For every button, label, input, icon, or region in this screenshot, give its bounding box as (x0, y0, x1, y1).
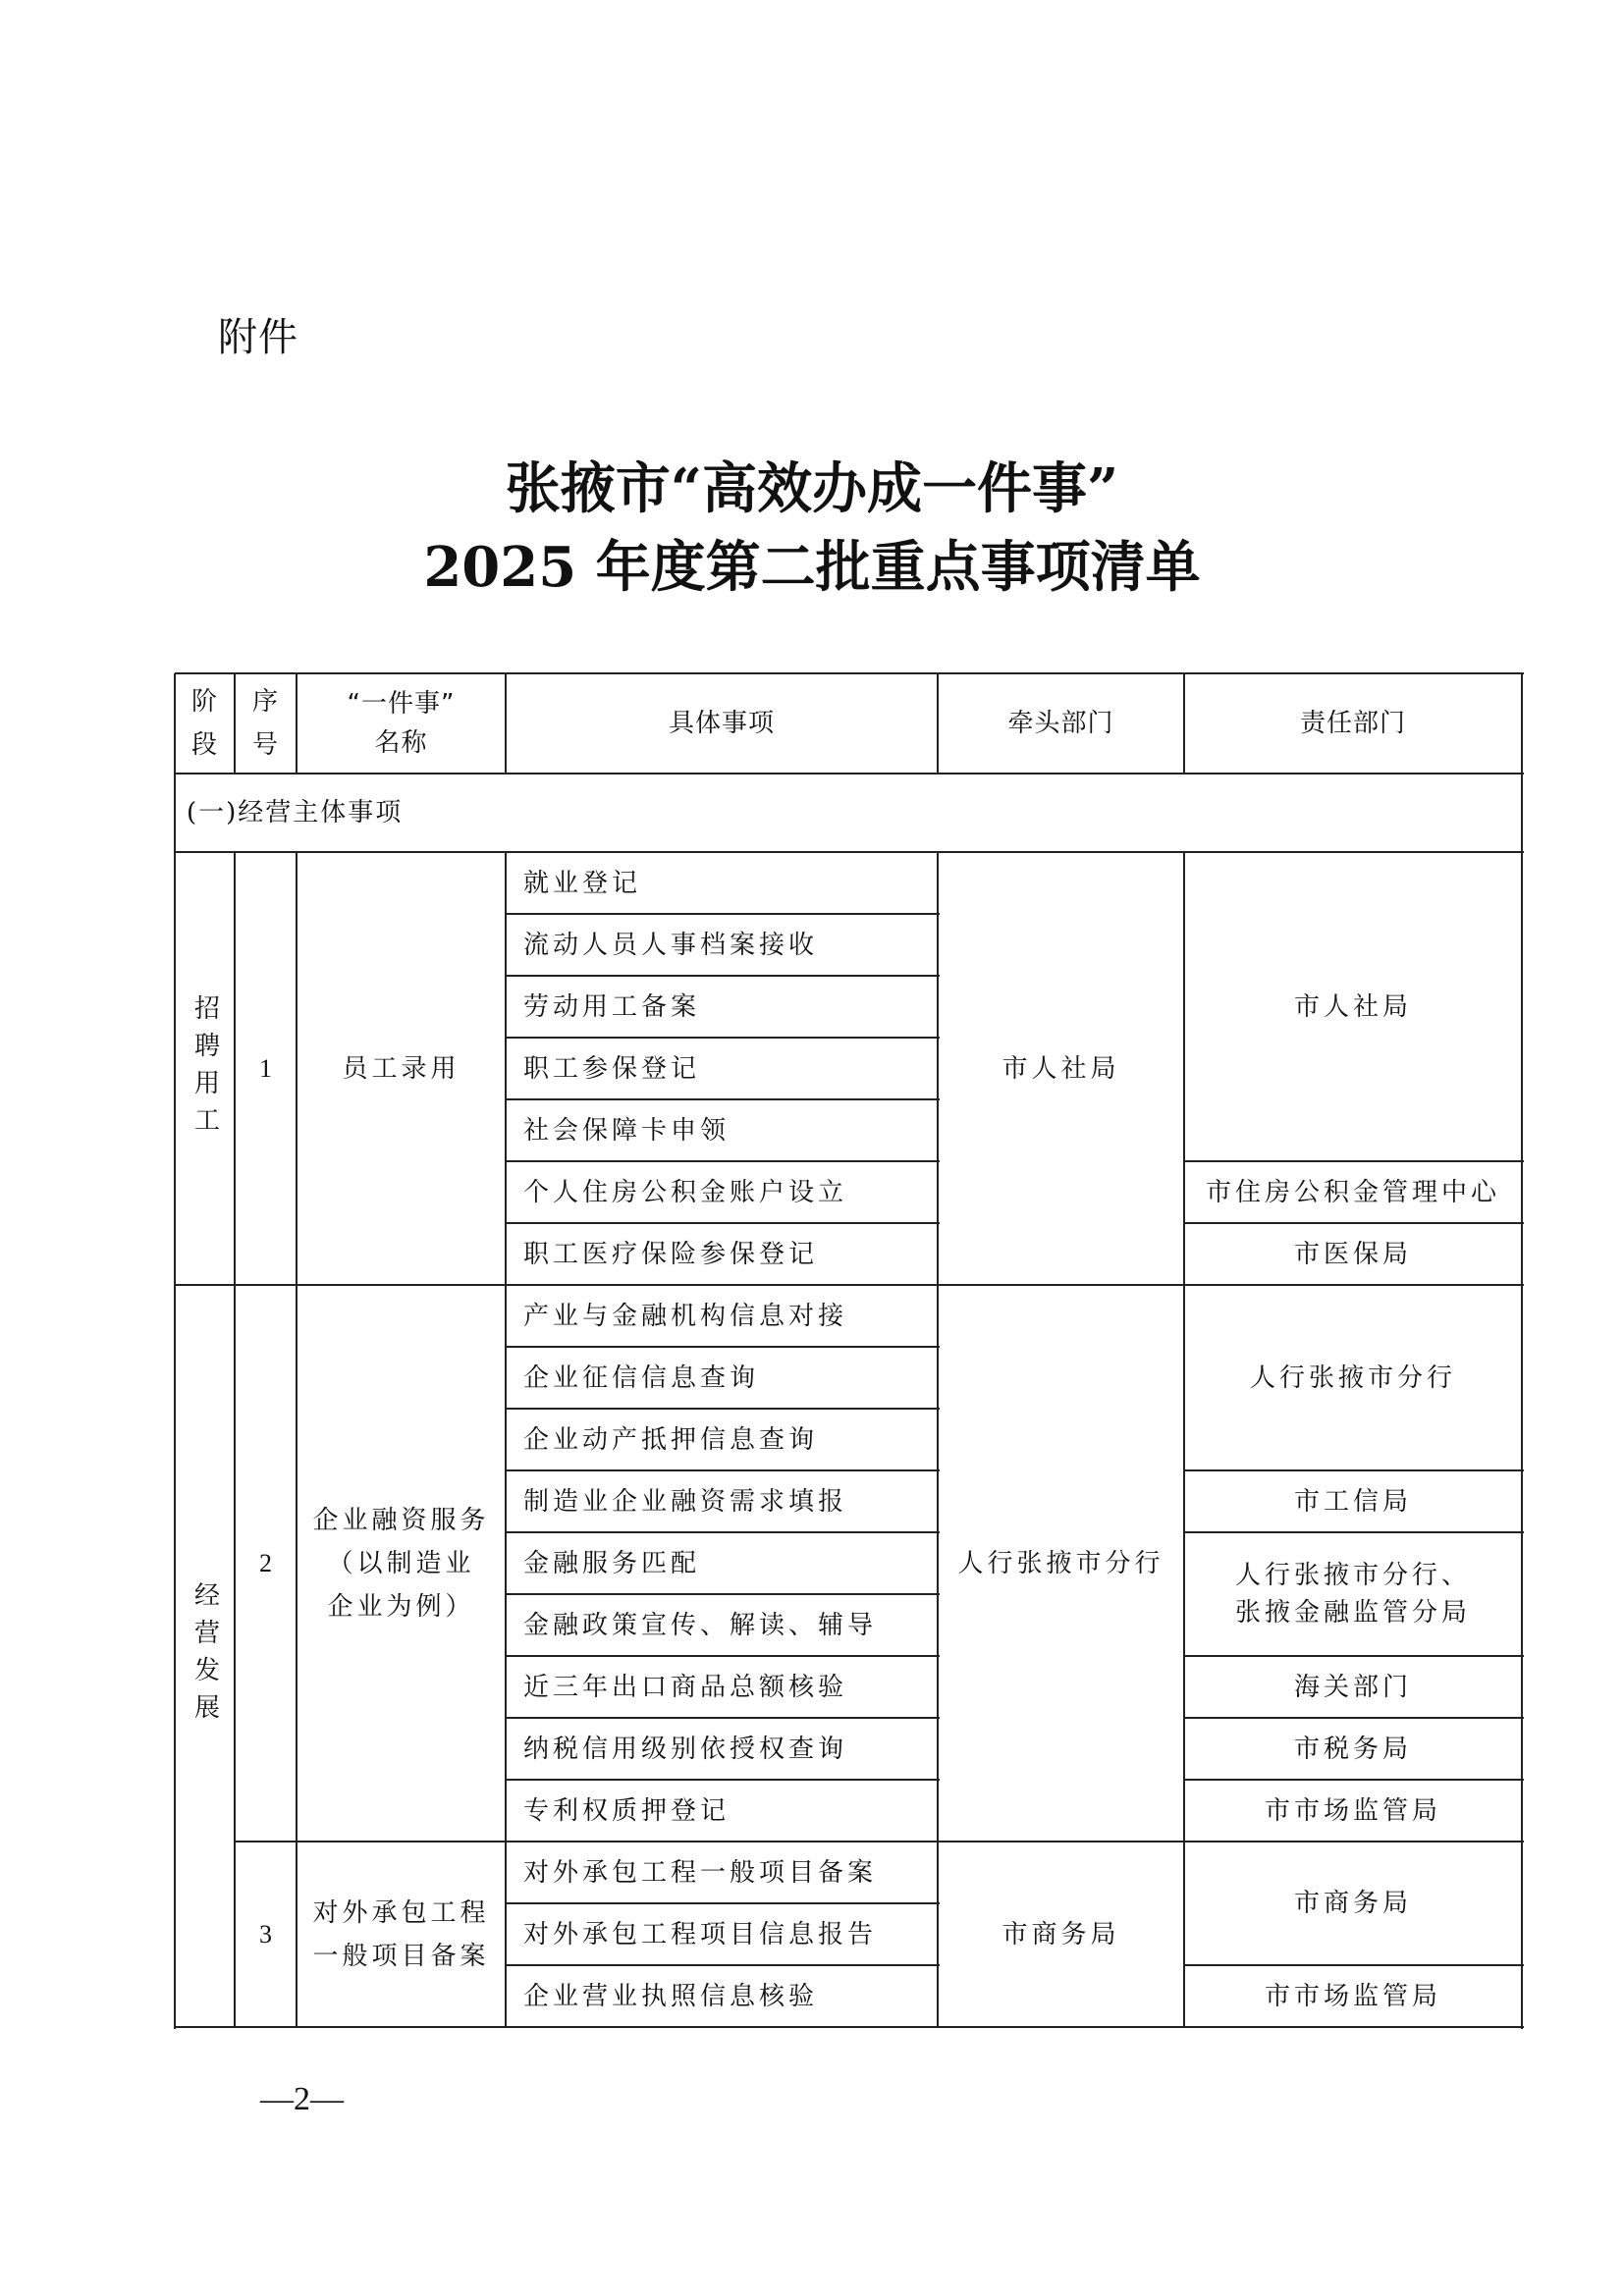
specific-item: 社会保障卡申领 (506, 1099, 938, 1161)
section-title: (一)经营主体事项 (175, 774, 1522, 852)
table-rule (175, 773, 1524, 774)
specific-item: 产业与金融机构信息对接 (506, 1285, 938, 1347)
table-rule (296, 1842, 298, 2028)
table-rule (506, 1222, 940, 1224)
table-rule (505, 1842, 507, 2028)
specific-item: 近三年出口商品总额核验 (506, 1656, 938, 1718)
resp-dept-line: 市医保局 (1294, 1236, 1412, 1273)
specific-item: 企业动产抵押信息查询 (506, 1409, 938, 1470)
table-rule (506, 913, 940, 915)
table-rule (234, 673, 236, 774)
attachment-label: 附件 (218, 306, 298, 362)
header-name-line2: 名称 (374, 723, 427, 763)
lead-dept-cell: 市人社局 (938, 852, 1184, 1285)
resp-dept-line: 市商务局 (1294, 1885, 1412, 1922)
table-rule (1183, 852, 1185, 1286)
header-seq: 序号 (235, 673, 297, 774)
table-rule (506, 1346, 940, 1348)
resp-dept-line: 张掖金融监管分局 (1235, 1594, 1471, 1631)
table-rule (506, 1098, 940, 1100)
resp-dept-line: 市市场监管局 (1265, 1792, 1441, 1830)
table-rule (1184, 1222, 1524, 1224)
table-rule (506, 1902, 940, 1904)
document-title-line1: 张掖市“高效办成一件事” (0, 450, 1624, 528)
specific-item: 职工参保登记 (506, 1038, 938, 1099)
resp-dept-cell: 市医保局 (1184, 1223, 1522, 1285)
header-items: 具体事项 (506, 673, 938, 774)
table-rule (1184, 1469, 1524, 1471)
table-rule (506, 975, 940, 977)
stage-label: 经营发展 (187, 1581, 224, 1731)
resp-dept-cell: 市市场监管局 (1184, 1965, 1522, 2027)
table-rule (506, 1408, 940, 1410)
table-rule (506, 1655, 940, 1657)
header-name: “一件事” 名称 (297, 673, 506, 774)
header-lead-dept: 牵头部门 (938, 673, 1184, 774)
table-rule (937, 852, 939, 1286)
item-name-line: 企业为例） (327, 1585, 474, 1629)
resp-dept-cell: 市住房公积金管理中心 (1184, 1161, 1522, 1223)
table-rule (506, 1037, 940, 1039)
specific-item: 劳动用工备案 (506, 976, 938, 1038)
header-name-line1: “一件事” (348, 684, 456, 723)
table-rule (937, 673, 939, 774)
seq-cell: 3 (235, 1842, 297, 2027)
table-rule (296, 1285, 298, 1842)
table-rule (175, 672, 1524, 674)
resp-dept-line: 人行张掖市分行 (1250, 1360, 1456, 1397)
resp-dept-line: 市税务局 (1294, 1731, 1412, 1768)
item-name-cell: 对外承包工程一般项目备案 (297, 1842, 506, 2027)
item-name-line: （以制造业 (327, 1542, 474, 1585)
resp-dept-line: 市住房公积金管理中心 (1206, 1174, 1500, 1211)
specific-item: 纳税信用级别依授权查询 (506, 1718, 938, 1780)
table-rule (1184, 1531, 1524, 1533)
table-rule (506, 1717, 940, 1719)
items-table: 阶段 序号 “一件事” 名称 具体事项 牵头部门 责任部门 (一)经营主体事项 … (175, 673, 1522, 2028)
stage-cell: 招聘用工 (175, 852, 235, 1285)
table-rule (1183, 673, 1185, 774)
table-rule (296, 673, 298, 774)
specific-item: 金融政策宣传、解读、辅导 (506, 1594, 938, 1656)
table-rule (506, 1593, 940, 1595)
header-stage-label: 阶段 (190, 680, 220, 767)
table-rule (234, 852, 236, 1286)
item-name-cell: 员工录用 (297, 852, 506, 1285)
resp-dept-cell: 海关部门 (1184, 1656, 1522, 1718)
table-rule (234, 1285, 236, 1842)
seq-cell: 2 (235, 1285, 297, 1842)
table-rule (175, 851, 1524, 853)
lead-dept-cell: 市商务局 (938, 1842, 1184, 2027)
table-rule (1184, 1964, 1524, 1966)
specific-item: 对外承包工程项目信息报告 (506, 1903, 938, 1965)
resp-dept-line: 市工信局 (1294, 1483, 1412, 1521)
item-name-line: 对外承包工程 (312, 1892, 489, 1935)
table-rule (506, 1964, 940, 1966)
specific-item: 对外承包工程一般项目备案 (506, 1842, 938, 1903)
header-resp-dept: 责任部门 (1184, 673, 1522, 774)
table-rule (234, 1842, 236, 2028)
table-rule (506, 1160, 940, 1162)
table-rule (174, 673, 176, 2029)
specific-item: 金融服务匹配 (506, 1532, 938, 1594)
page-number: —2— (260, 2081, 344, 2118)
resp-dept-line: 市人社局 (1294, 988, 1412, 1026)
specific-item: 个人住房公积金账户设立 (506, 1161, 938, 1223)
seq-cell: 1 (235, 852, 297, 1285)
resp-dept-line: 海关部门 (1294, 1669, 1412, 1706)
resp-dept-cell: 人行张掖市分行、张掖金融监管分局 (1184, 1532, 1522, 1656)
lead-dept-cell: 人行张掖市分行 (938, 1285, 1184, 1842)
resp-dept-cell: 市商务局 (1184, 1842, 1522, 1965)
document-title-line2: 2025 年度第二批重点事项清单 (0, 528, 1624, 607)
specific-item: 流动人员人事档案接收 (506, 914, 938, 976)
table-rule (1183, 1285, 1185, 1842)
resp-dept-cell: 市税务局 (1184, 1718, 1522, 1780)
resp-dept-cell: 人行张掖市分行 (1184, 1285, 1522, 1470)
specific-item: 企业征信信息查询 (506, 1347, 938, 1409)
resp-dept-cell: 市工信局 (1184, 1470, 1522, 1532)
table-rule (505, 1285, 507, 1842)
table-rule (1183, 1842, 1185, 2028)
stage-cell: 经营发展 (175, 1285, 235, 2027)
table-rule (937, 1842, 939, 2028)
header-stage: 阶段 (175, 673, 235, 774)
specific-item: 职工医疗保险参保登记 (506, 1223, 938, 1285)
specific-item: 就业登记 (506, 852, 938, 914)
specific-item: 企业营业执照信息核验 (506, 1965, 938, 2027)
table-rule (175, 2026, 1524, 2028)
item-name-line: 一般项目备案 (312, 1935, 489, 1978)
table-rule (937, 1285, 939, 1842)
resp-dept-cell: 市市场监管局 (1184, 1780, 1522, 1842)
table-rule (506, 1531, 940, 1533)
table-rule (235, 1841, 1524, 1842)
resp-dept-cell: 市人社局 (1184, 852, 1522, 1161)
table-rule (505, 852, 507, 1286)
table-rule (1521, 673, 1523, 2029)
table-rule (1184, 1717, 1524, 1719)
header-seq-label: 序号 (251, 680, 281, 767)
table-rule (1184, 1779, 1524, 1781)
table-rule (296, 852, 298, 1286)
item-name-line: 企业融资服务 (312, 1499, 489, 1542)
table-rule (175, 1284, 1524, 1286)
item-name-cell: 企业融资服务（以制造业企业为例） (297, 1285, 506, 1842)
table-rule (1184, 1160, 1524, 1162)
resp-dept-line: 人行张掖市分行、 (1235, 1557, 1471, 1594)
specific-item: 制造业企业融资需求填报 (506, 1470, 938, 1532)
table-rule (506, 1779, 940, 1781)
specific-item: 专利权质押登记 (506, 1780, 938, 1842)
table-rule (506, 1469, 940, 1471)
table-rule (505, 673, 507, 774)
table-rule (1184, 1655, 1524, 1657)
item-name-line: 员工录用 (342, 1047, 460, 1091)
stage-label: 招聘用工 (187, 994, 224, 1144)
resp-dept-line: 市市场监管局 (1265, 1978, 1441, 2015)
